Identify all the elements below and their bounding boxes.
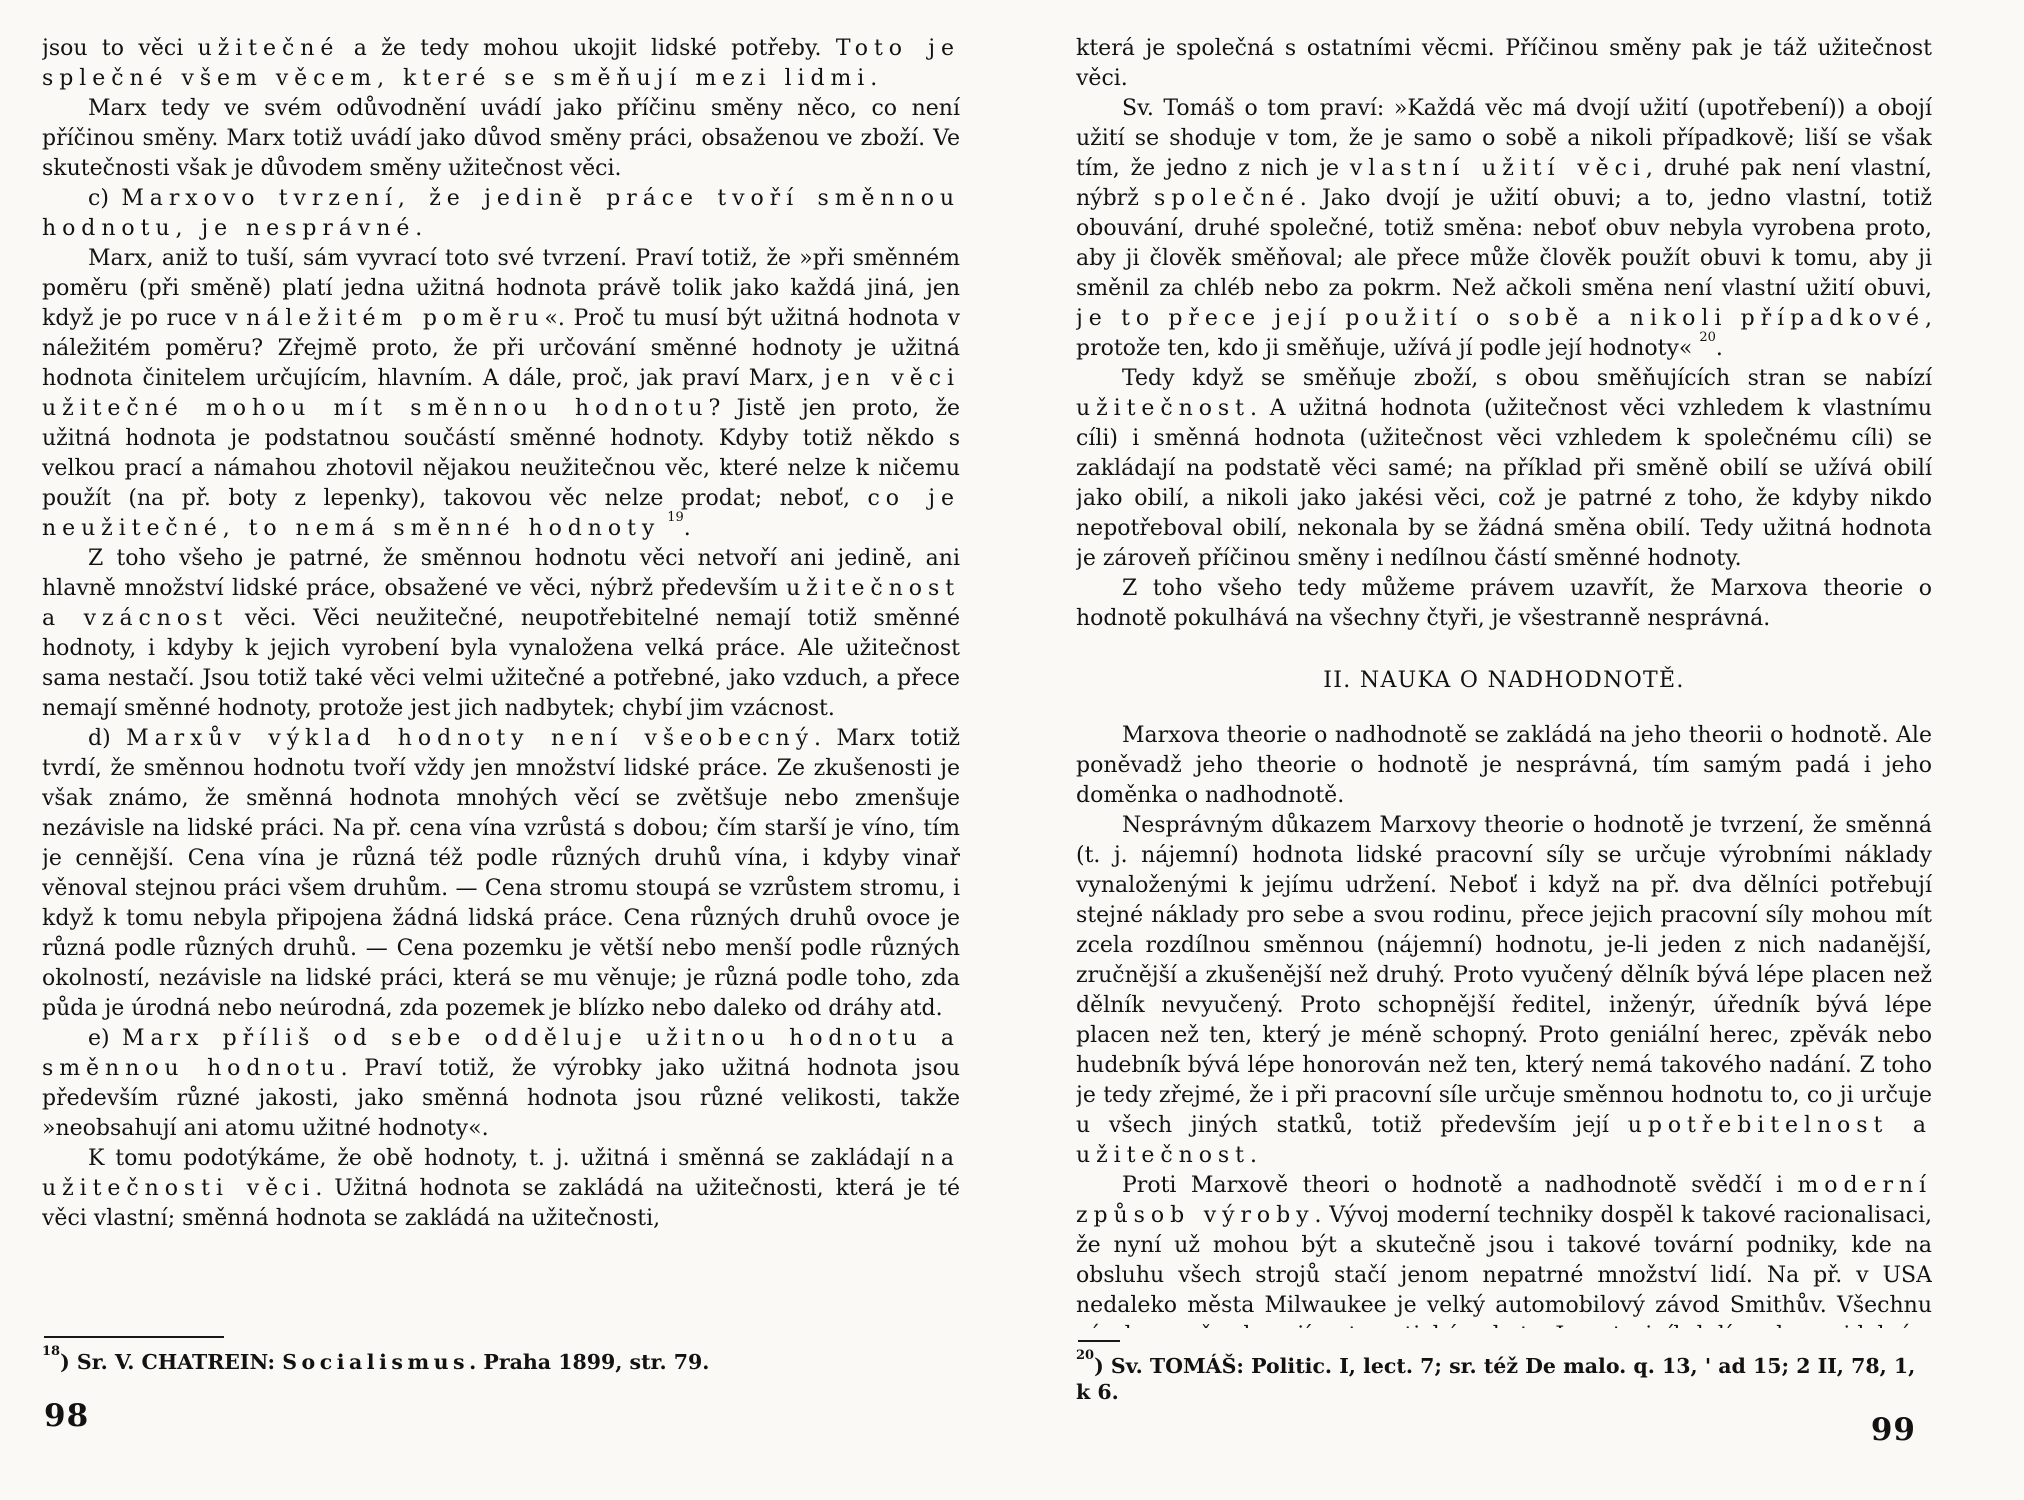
emphasized-text: Marxův výklad hodnoty není všeobecný [126, 726, 814, 751]
page-number-left: 98 [44, 1398, 89, 1434]
paragraph: Marxova theorie o nadhodnotě se zakládá … [1076, 721, 1932, 811]
page-98: jsou to věci užitečné a že tedy mohou uk… [0, 0, 1012, 1500]
text-run: II. NAUKA O NADHODNOTĚ. [1323, 668, 1685, 693]
paragraph: jsou to věci užitečné a že tedy mohou uk… [42, 34, 960, 94]
emphasized-text: náležitém poměru [246, 306, 544, 331]
footnote-reference: 20 [1076, 1348, 1094, 1363]
paragraph: Proti Marxově theori o hodnotě a nadhodn… [1076, 1171, 1932, 1328]
paragraph: Z toho všeho tedy můžeme právem uzavřít,… [1076, 574, 1932, 634]
footnote-separator-rule [44, 1336, 224, 1338]
footnote-reference: 20 [1699, 330, 1716, 345]
text-run: Marx tedy ve svém odůvodnění uvádí jako … [42, 96, 960, 181]
emphasized-text: Socialismus [282, 1350, 469, 1374]
paragraph: Z toho všeho je patrné, že směnnou hodno… [42, 544, 960, 724]
section-heading: II. NAUKA O NADHODNOTĚ. [1076, 668, 1932, 693]
page-98-footnote-block: 18) Sr. V. CHATREIN: Socialismus. Praha … [42, 1336, 960, 1375]
text-run: ) Sr. V. CHATREIN: [60, 1350, 282, 1374]
page-99: která je společná s ostatními věcmi. Pří… [1012, 0, 2024, 1500]
emphasized-text: užitečné [198, 36, 340, 61]
paragraph: Marx, aniž to tuší, sám vyvrací toto své… [42, 244, 960, 544]
text-run: Marxova theorie o nadhodnotě se zakládá … [1076, 723, 1932, 808]
book-spread-scan: jsou to věci užitečné a že tedy mohou uk… [0, 0, 2024, 1500]
paragraph: d) Marxův výklad hodnoty není všeobecný.… [42, 724, 960, 1024]
emphasized-text: vlastní užití věci [1350, 156, 1646, 181]
text-run: . [1716, 336, 1723, 361]
emphasized-text: je to přece její použití o sobě a nikoli… [1076, 306, 1925, 331]
text-run: K tomu podotýkáme, že obě hodnoty, t. j.… [88, 1146, 921, 1171]
text-run: e) [88, 1026, 122, 1051]
text-run: . A užitná hodnota (užitečnost věci vzhl… [1076, 396, 1932, 571]
footnote-reference: 18 [42, 1344, 60, 1359]
text-run: Z toho všeho tedy můžeme právem uzavřít,… [1076, 576, 1932, 631]
text-run: . [1250, 1143, 1257, 1168]
text-run: . [684, 516, 691, 541]
text-run: jsou to věci [42, 36, 198, 61]
paragraph: která je společná s ostatními věcmi. Pří… [1076, 34, 1932, 94]
page-98-text-column: jsou to věci užitečné a že tedy mohou uk… [42, 34, 960, 1328]
footnote-18: 18) Sr. V. CHATREIN: Socialismus. Praha … [42, 1349, 960, 1375]
footnote-separator-rule [1078, 1340, 1120, 1342]
emphasized-text: společné [1154, 186, 1300, 211]
text-run: Tedy když se směňuje zboží, s obou směňu… [1122, 366, 1932, 391]
text-run: c) [88, 186, 121, 211]
text-run: d) [88, 726, 126, 751]
paragraph: c) Marxovo tvrzení, že jedině práce tvoř… [42, 184, 960, 244]
emphasized-text: užitečnost [1076, 396, 1250, 421]
page-99-footnote-block: 20) Sv. TOMÁŠ: Politic. I, lect. 7; sr. … [1076, 1340, 1932, 1405]
paragraph: Sv. Tomáš o tom praví: »Každá věc má dvo… [1076, 94, 1932, 364]
text-run: ) Sv. TOMÁŠ: Politic. I, lect. 7; sr. té… [1076, 1354, 1915, 1404]
paragraph: Nesprávným důkazem Marxovy theorie o hod… [1076, 811, 1932, 1171]
footnote-20: 20) Sv. TOMÁŠ: Politic. I, lect. 7; sr. … [1076, 1353, 1932, 1405]
emphasized-text: Marxovo tvrzení, že jedině práce tvoří s… [42, 186, 960, 241]
text-run: . Praha 1899, str. 79. [469, 1350, 709, 1374]
page-number-right: 99 [1871, 1412, 1916, 1448]
paragraph: e) Marx příliš od sebe odděluje užitnou … [42, 1024, 960, 1144]
paragraph: Marx tedy ve svém odůvodnění uvádí jako … [42, 94, 960, 184]
paragraph: Tedy když se směňuje zboží, s obou směňu… [1076, 364, 1932, 574]
text-run: Proti Marxově theori o hodnotě a nadhodn… [1122, 1173, 1797, 1198]
text-run: a že tedy mohou ukojit lidské potřeby. [339, 36, 836, 61]
footnote-reference: 19 [667, 510, 684, 525]
text-run: která je společná s ostatními věcmi. Pří… [1076, 36, 1932, 91]
text-run: . Marx totiž tvrdí, že směnnou hodnotu t… [42, 726, 960, 1021]
page-99-text-column: která je společná s ostatními věcmi. Pří… [1076, 34, 1932, 1328]
paragraph: K tomu podotýkáme, že obě hodnoty, t. j.… [42, 1144, 960, 1234]
text-run: Nesprávným důkazem Marxovy theorie o hod… [1076, 813, 1932, 1138]
